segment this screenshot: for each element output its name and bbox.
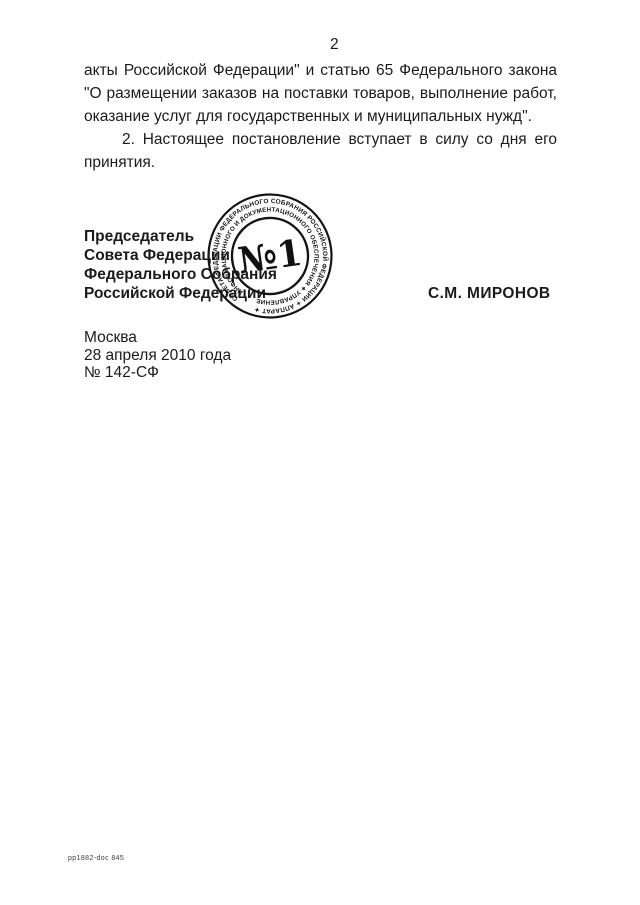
issuance-date: 28 апреля 2010 года [84, 347, 231, 365]
issuance-block: Москва 28 апреля 2010 года № 142-СФ [84, 329, 231, 382]
seal-center-number: №1 [235, 232, 304, 283]
official-seal-stamp-icon: СОВЕТА ФЕДЕРАЦИИ ФЕДЕРАЛЬНОГО СОБРАНИЯ Р… [191, 177, 349, 335]
paragraph-effective-date: 2. Настоящее постановление вступает в си… [84, 128, 557, 174]
page-number: 2 [330, 36, 339, 54]
issuance-doc-number: № 142-СФ [84, 364, 231, 382]
issuance-city: Москва [84, 329, 231, 347]
document-body: акты Российской Федерации" и статью 65 Ф… [84, 59, 557, 174]
footer-print-code: pp1882-doc 845 [68, 855, 124, 862]
paragraph-law-reference: акты Российской Федерации" и статью 65 Ф… [84, 59, 557, 128]
signatory-name: С.М. МИРОНОВ [428, 285, 551, 303]
